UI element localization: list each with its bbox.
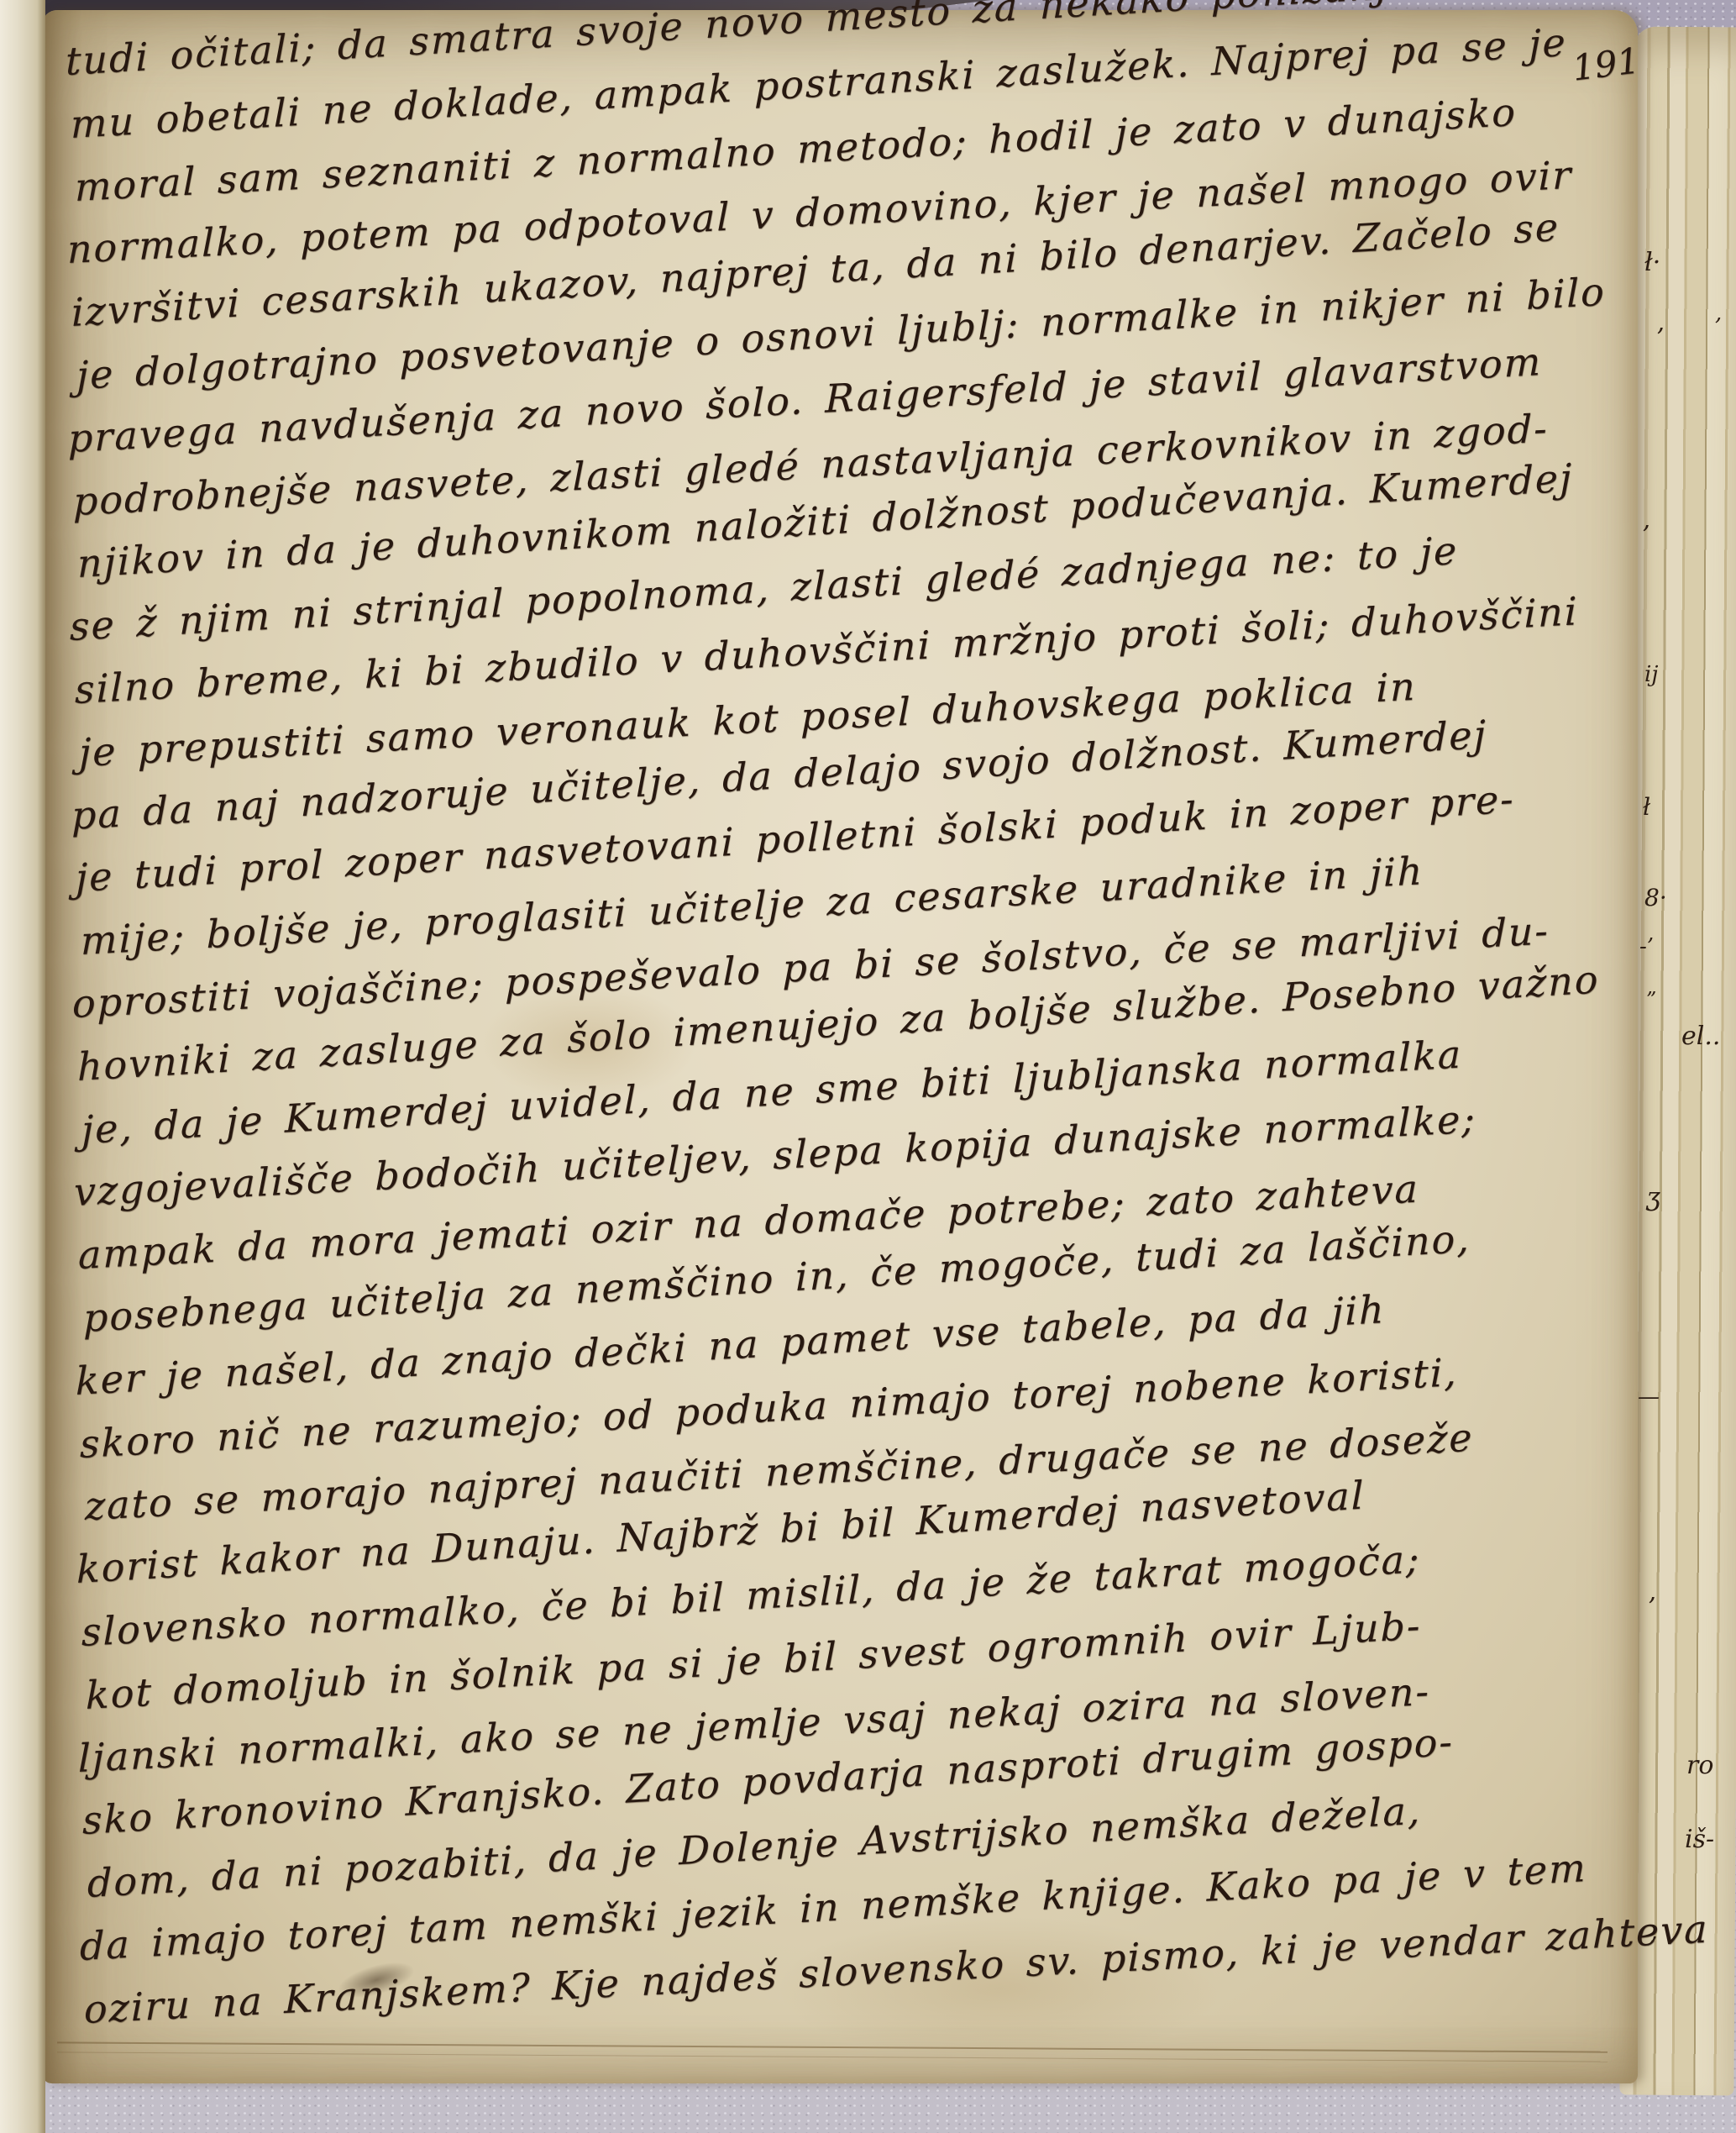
next-page-ink-mark: ʒ — [1646, 1183, 1660, 1212]
next-page-ink-mark: -’ — [1639, 934, 1654, 959]
next-page-ink-mark: el.. — [1681, 1022, 1720, 1051]
next-page-ink-mark: ’ — [1656, 323, 1665, 353]
next-page-ink-mark: — — [1638, 1384, 1660, 1410]
next-page-ink-mark: ł· — [1644, 248, 1660, 277]
next-page-ink-mark: ij — [1644, 662, 1658, 687]
next-page-ink-mark: ’ — [1648, 1593, 1656, 1622]
next-page-ink-mark: ’ — [1642, 521, 1650, 550]
next-page-ink-mark: iš- — [1685, 1825, 1714, 1854]
next-page-ink-mark: ” — [1646, 988, 1656, 1011]
next-page-ink-mark: ro — [1686, 1751, 1713, 1780]
page-bottom-edge-line — [57, 2041, 1608, 2062]
next-page-ink-mark: ’ — [1649, 1932, 1658, 1962]
previous-page-edge — [0, 0, 45, 2133]
next-page-ink-mark: 8· — [1644, 884, 1667, 912]
next-page-ink-mark: ł — [1643, 793, 1650, 821]
page-number: 191 — [1570, 39, 1642, 88]
manuscript-page: 191 tudi očitali; da smatra svoje novo m… — [42, 10, 1638, 2083]
manuscript-photo: 191 tudi očitali; da smatra svoje novo m… — [0, 0, 1736, 2133]
next-page-ink-mark: , — [1715, 301, 1722, 326]
